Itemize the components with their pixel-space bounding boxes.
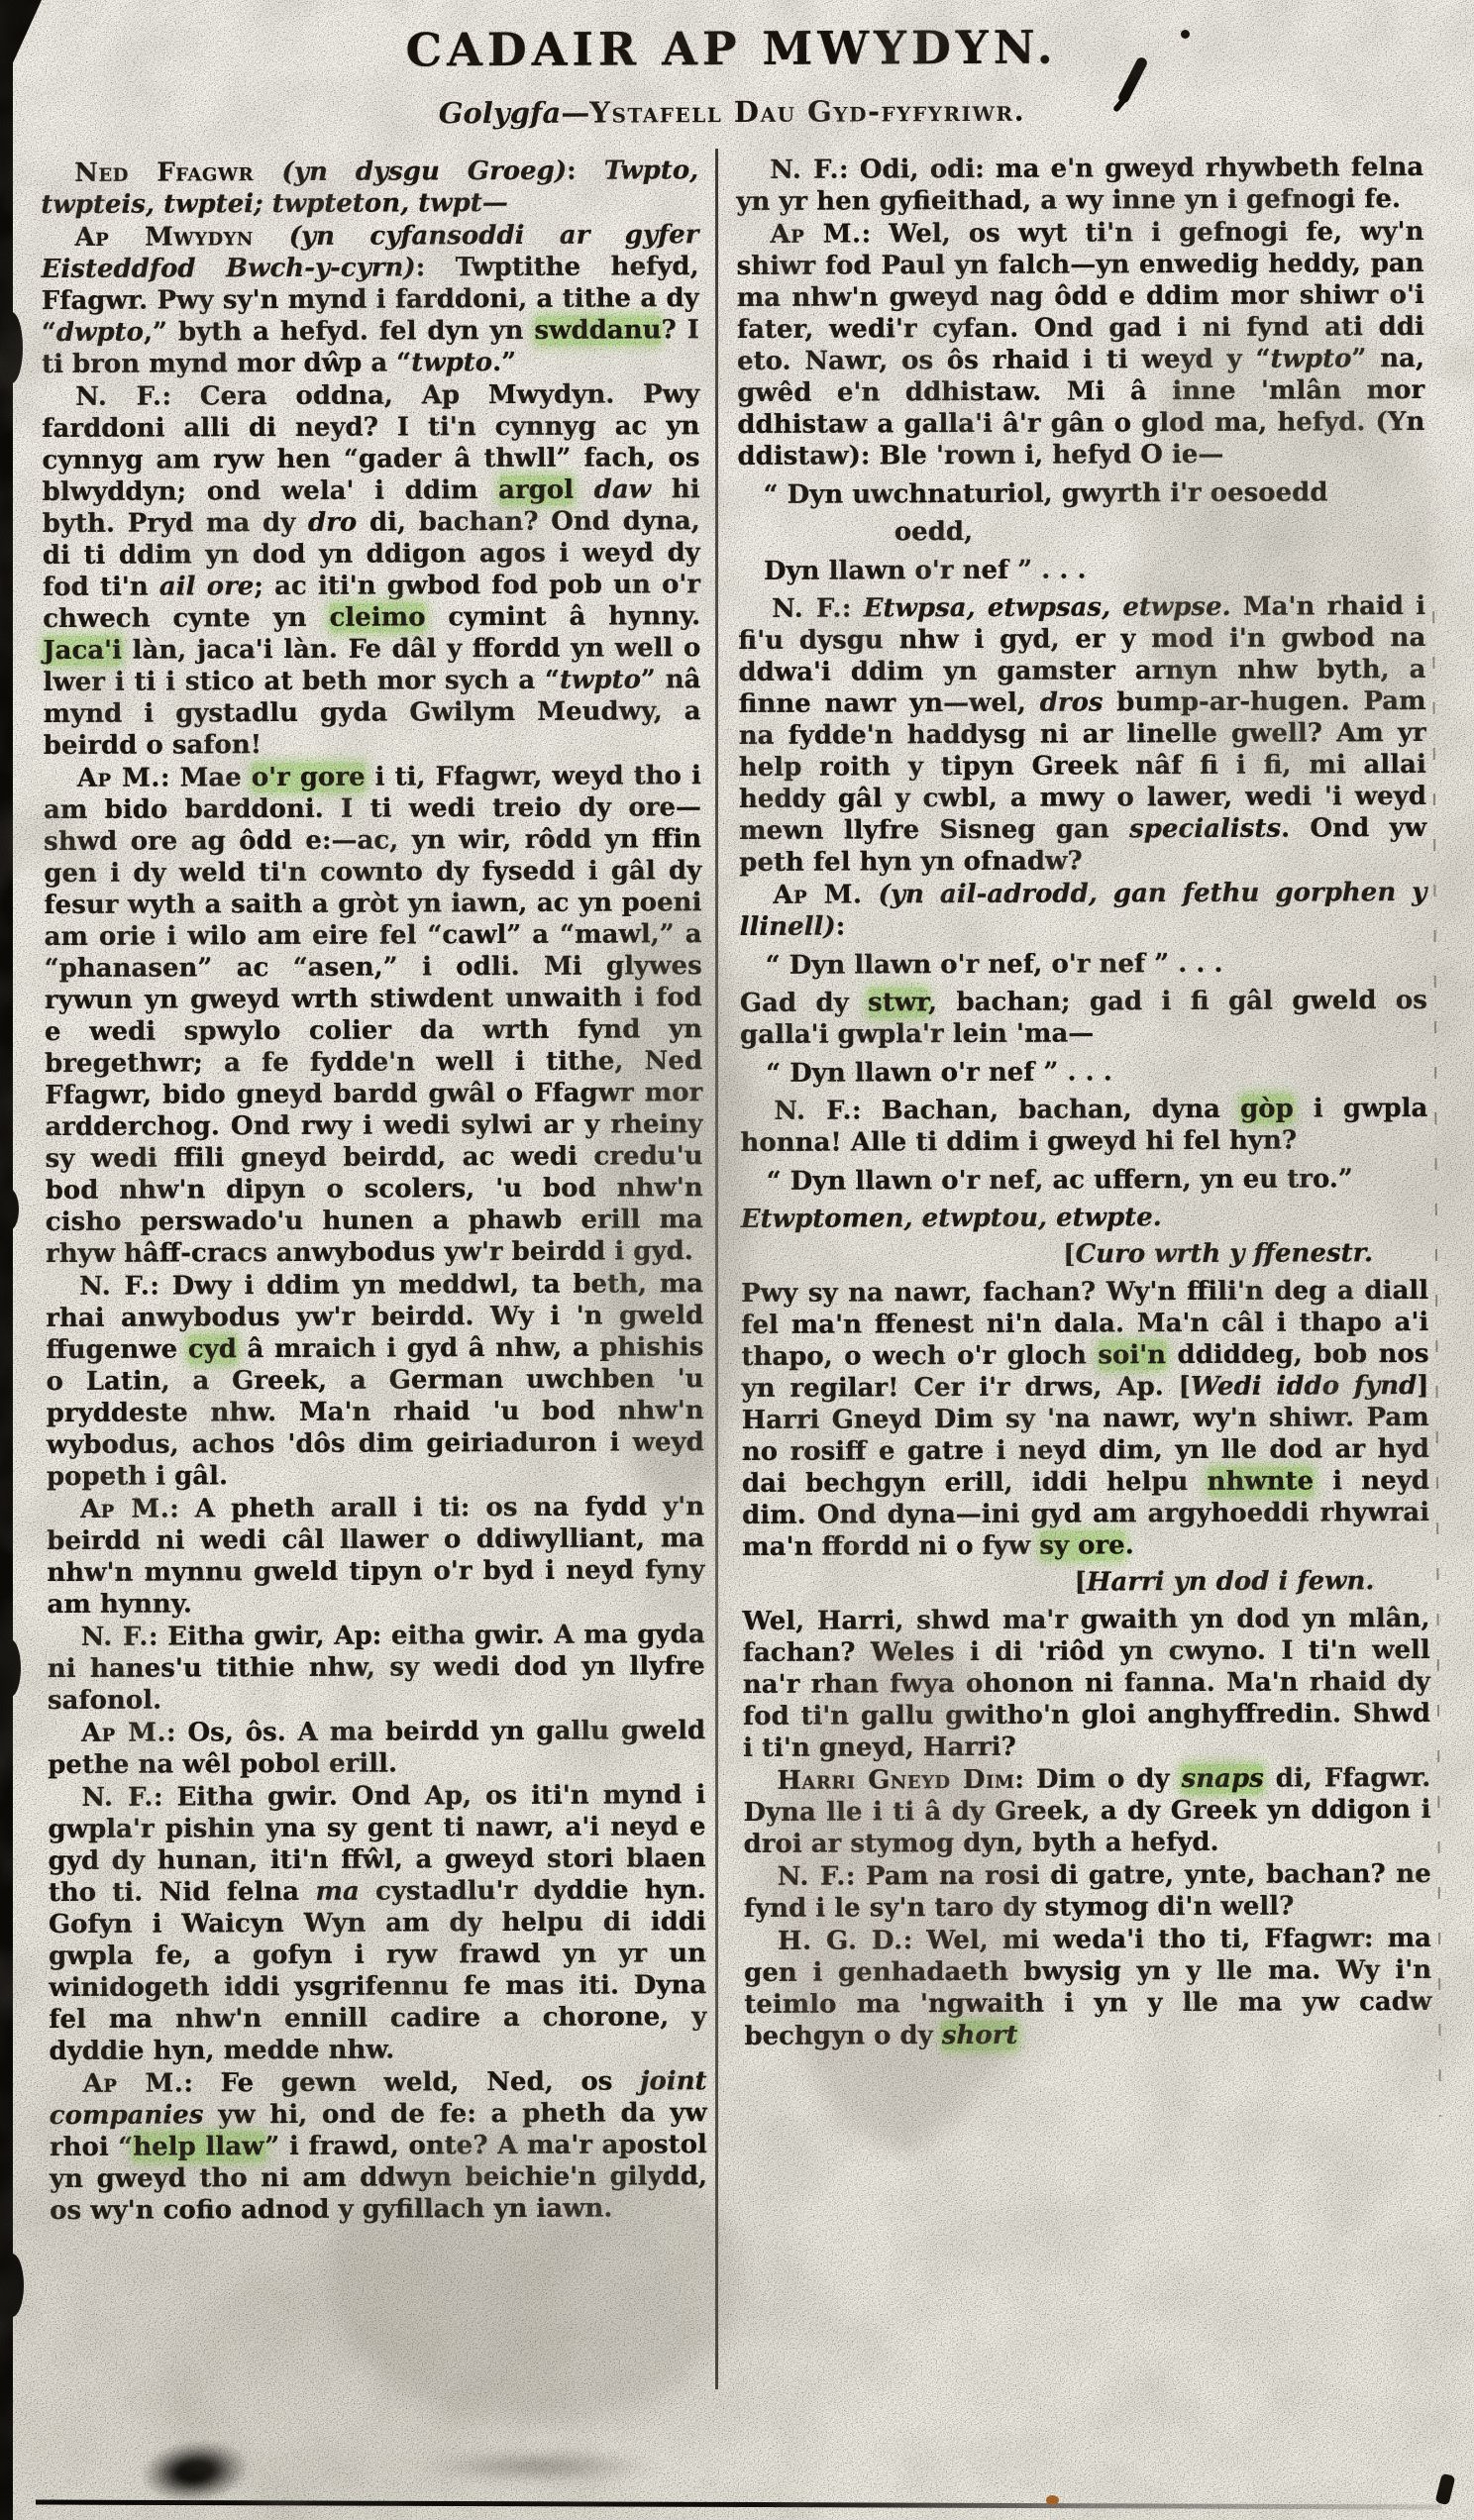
text-run: :: [836, 912, 846, 942]
highlighted-word: soi'n: [1098, 1340, 1166, 1370]
text-run: : Dim o dy: [1014, 1764, 1181, 1795]
highlighted-word: sy ore: [1039, 1530, 1125, 1560]
scan-edge-blot: [0, 1639, 21, 1697]
text-run: oedd,: [895, 517, 973, 547]
text-run: ,” byth a hefyd. fel dyn yn: [144, 316, 535, 348]
text-run: :: [567, 157, 604, 186]
text-run: dro: [308, 508, 357, 538]
text-run: : Fe gewn weld, Ned, os: [183, 2066, 640, 2098]
dialogue-paragraph: N. F.: Etwpsa, etwpsas, etwpse. Ma'n rha…: [738, 590, 1426, 879]
dialogue-paragraph: N. F.: Eitha gwir, Ap: eitha gwir. A ma …: [48, 1619, 705, 1717]
dialogue-paragraph: Gad dy stwr, bachan; gad i fi gâl gweld …: [740, 985, 1427, 1051]
dialogue-paragraph: Ap M.: Os, ôs. A ma beirdd yn gallu gwel…: [48, 1715, 705, 1781]
highlighted-word: short: [942, 2021, 1018, 2050]
text-run: Dyn llawn o'r nef ” . . .: [764, 555, 1087, 585]
dialogue-paragraph: Pwy sy na nawr, fachan? Wy'n ffili'n deg…: [741, 1275, 1429, 1563]
dialogue-paragraph: Wel, Harri, shwd ma'r gwaith yn dod yn m…: [743, 1603, 1431, 1764]
column-divider-rule: [715, 149, 718, 2389]
dialogue-paragraph: Ap M.: A pheth arall i ti: os na fydd y'…: [47, 1491, 705, 1621]
text-run: Ap M.: [773, 880, 862, 909]
ink-dot-mark: [1181, 30, 1190, 39]
highlighted-word: nhwnte: [1207, 1466, 1314, 1496]
highlighted-word: cyd: [188, 1334, 237, 1364]
text-run: (yn dysgu Groeg): [281, 157, 567, 187]
scanned-newspaper-page: CADAIR AP MWYDYN. Golygfa—Ystafell Dau G…: [0, 0, 1474, 2520]
text-run: Etwptomen, etwptou, etwpte.: [741, 1203, 1162, 1234]
page-title: CADAIR AP MWYDYN.: [0, 19, 1469, 78]
highlighted-word: snaps: [1181, 1764, 1263, 1794]
text-run: Harri Gneyd Dim: [777, 1765, 1014, 1796]
verse-line: “ Dyn uwchnaturiol, gwyrth i'r oesoedd: [738, 476, 1425, 511]
text-run: N. F.: [774, 1096, 852, 1125]
text-run: ail ore: [159, 572, 255, 601]
scan-edge-blot: [0, 312, 23, 383]
text-run: Ap M.: [770, 219, 861, 249]
smudge-bottom: [376, 2447, 703, 2486]
verse-line: Dyn llawn o'r nef ” . . .: [738, 553, 1425, 587]
text-run: N. F.: [75, 382, 161, 412]
dialogue-paragraph: Harri Gneyd Dim: Dim o dy snaps di, Ffag…: [743, 1762, 1430, 1860]
text-run: : Mae: [160, 763, 252, 792]
text-run: Ap Mwydyn: [74, 222, 288, 253]
verse-line: oedd,: [738, 514, 1425, 549]
text-run: dros: [1040, 687, 1104, 717]
text-run: H. G. D.: [778, 1926, 903, 1956]
text-run: :: [842, 593, 864, 623]
text-run: Ystafell Dau Gyd-fyfyriwr.: [589, 94, 1025, 130]
text-run: .: [1125, 1530, 1134, 1560]
dialogue-paragraph: N. F.: Eitha gwir. Ond Ap, os iti'n mynd…: [48, 1779, 706, 2067]
text-run: i ti, Ffagwr, weyd tho i am bido barddon…: [44, 761, 703, 1269]
text-run: Ap M.: [80, 1495, 169, 1524]
text-run: Golygfa: [439, 96, 562, 131]
text-run: ma: [315, 1877, 359, 1907]
verse-line: “ Dyn llawn o'r nef, o'r nef ” . . .: [740, 947, 1427, 982]
text-run: “ Dyn llawn o'r nef, o'r nef ” . . .: [766, 949, 1223, 981]
highlighted-word: gòp: [1240, 1095, 1294, 1124]
text-run: twpto: [1270, 344, 1351, 373]
stage-direction: [Curo wrth y ffenestr.: [741, 1237, 1428, 1272]
text-run: [: [1063, 1240, 1075, 1270]
verse-line: “ Dyn llawn o'r nef ” . . .: [740, 1055, 1427, 1090]
text-run: : Odi, odi: ma e'n gweyd rhywbeth felna …: [736, 153, 1423, 217]
text-run: Etwpsa, etwpsas, etwpse.: [864, 592, 1231, 624]
text-run: “ Dyn llawn o'r nef ” . . .: [766, 1057, 1112, 1089]
text-run: [574, 475, 594, 505]
text-run: —: [561, 96, 589, 130]
dialogue-paragraph: Ned Ffagwr (yn dysgu Groeg): Twpto, twpt…: [41, 155, 698, 221]
text-run: twpto: [560, 665, 641, 694]
dialogue-paragraph: Ap Mwydyn (yn cyfansoddi ar gyfer Eisted…: [41, 219, 699, 380]
column-right: N. F.: Odi, odi: ma e'n gweyd rhywbeth f…: [736, 152, 1431, 2053]
dialogue-paragraph: Ap M.: Wel, os wyt ti'n i gefnogi fe, wy…: [736, 216, 1424, 472]
text-run: [: [1074, 1567, 1086, 1597]
text-run: N. F.: [79, 1272, 150, 1302]
dialogue-paragraph: N. F.: Pam na rosi di gatre, ynte, bacha…: [744, 1858, 1431, 1925]
highlighted-word: Jaca'i: [43, 636, 122, 666]
highlighted-word: swddanu: [534, 315, 661, 346]
highlighted-word: cleimo: [329, 602, 425, 632]
text-run: “ Dyn llawn o'r nef, ac uffern, yn eu tr…: [767, 1164, 1353, 1197]
text-run: Wedi iddo fynd: [1191, 1371, 1417, 1402]
text-run: Ap M.: [81, 1719, 166, 1748]
text-run: N. F.: [770, 156, 839, 185]
highlighted-word: argol: [498, 475, 574, 505]
text-run: N. F.: [772, 594, 842, 624]
page-content: CADAIR AP MWYDYN. Golygfa—Ystafell Dau G…: [0, 0, 1474, 2520]
highlighted-word: stwr: [868, 988, 928, 1017]
verse-line: “ Dyn llawn o'r nef, ac uffern, yn eu tr…: [741, 1163, 1428, 1198]
text-run: N. F.: [81, 1623, 149, 1652]
text-run: Wel, Harri, shwd ma'r gwaith yn dod yn m…: [743, 1604, 1431, 1763]
page-subtitle: Golygfa—Ystafell Dau Gyd-fyfyriwr.: [0, 92, 1469, 132]
text-run: Ned Ffagwr: [74, 157, 281, 188]
text-run: : Pam na rosi di gatre, ynte, bachan? ne…: [744, 1859, 1431, 1924]
text-run: Ap M.: [83, 2068, 184, 2098]
highlighted-word: o'r gore: [252, 763, 366, 793]
text-run: : Bachan, bachan, dyna: [852, 1095, 1240, 1126]
stage-direction: [Harri yn dod i fewn.: [742, 1565, 1429, 1600]
dialogue-paragraph: Ap M.: Fe gewn weld, Ned, os joint compa…: [50, 2065, 708, 2227]
dialogue-paragraph: Ap M. (yn ail-adrodd, gan fethu gorphen …: [739, 877, 1426, 943]
column-left: Ned Ffagwr (yn dysgu Groeg): Twpto, twpt…: [41, 155, 707, 2228]
text-run: twpto: [411, 348, 492, 377]
text-run: Ap M.: [77, 764, 160, 793]
text-run: N. F.: [81, 1783, 154, 1813]
ink-blot-bottom: [138, 2435, 253, 2507]
dialogue-paragraph: N. F.: Odi, odi: ma e'n gweyd rhywbeth f…: [736, 152, 1423, 218]
right-margin-rule: [1432, 611, 1441, 2117]
highlighted-word: help llaw: [133, 2132, 264, 2162]
text-run: Gad dy: [740, 988, 868, 1018]
dialogue-paragraph: N. F.: Bachan, bachan, dyna gòp i gwpla …: [740, 1093, 1427, 1159]
text-run: Harri yn dod i fewn.: [1087, 1566, 1375, 1597]
dialogue-paragraph: H. G. D.: Wel, mi weda'i tho ti, Ffagwr:…: [744, 1923, 1432, 2052]
text-run: .”: [492, 348, 516, 377]
text-run: dwpto: [56, 318, 144, 348]
dialogue-paragraph: Ap M.: Mae o'r gore i ti, Ffagwr, weyd t…: [44, 760, 703, 1270]
paper-speck: [1046, 2495, 1059, 2505]
dialogue-paragraph: N. F.: Cera oddna, Ap Mwydyn. Pwy farddo…: [42, 378, 701, 762]
dialogue-paragraph: N. F.: Dwy i ddim yn meddwl, ta beth, ma…: [46, 1268, 704, 1493]
text-run: [862, 880, 878, 909]
text-run: “ Dyn uwchnaturiol, gwyrth i'r oesoedd: [764, 477, 1328, 509]
text-run: cymint â hynny.: [425, 601, 700, 632]
dialogue-paragraph: Etwptomen, etwptou, etwpte.: [741, 1201, 1428, 1235]
text-run: specialists: [1129, 814, 1281, 845]
text-run: N. F.: [778, 1862, 846, 1892]
text-run: Curo wrth y ffenestr.: [1076, 1238, 1374, 1269]
scan-edge-blot: [0, 1189, 19, 1230]
scan-edge-blot: [0, 2254, 24, 2317]
text-run: daw: [594, 474, 652, 504]
